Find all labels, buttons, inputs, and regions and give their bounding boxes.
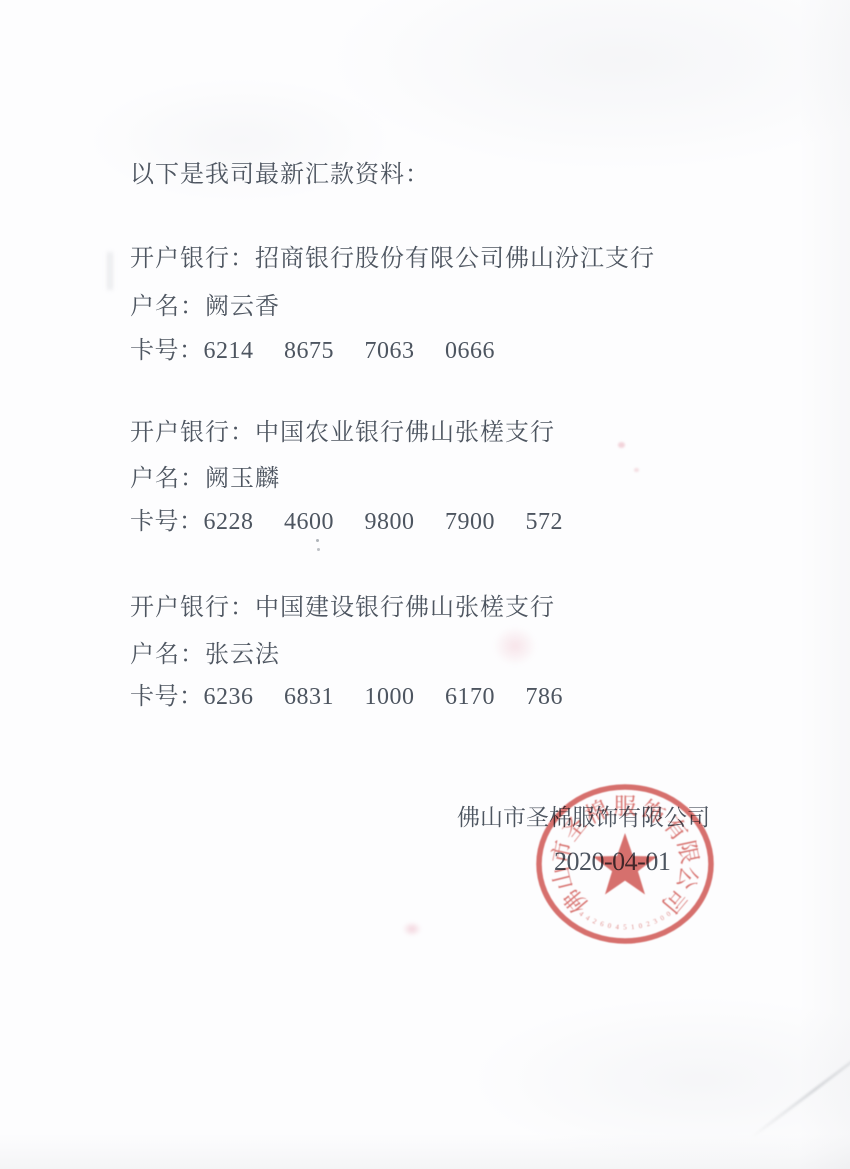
svg-text:2: 2 [591, 917, 598, 926]
company-seal-stamp: 佛山市圣棉服饰有限公司 4426045102300 [515, 754, 735, 974]
account-1-card-number-line: 卡号：6214 8675 7063 0666 [130, 330, 495, 365]
svg-text:0: 0 [607, 922, 613, 931]
seal-star-icon [593, 833, 658, 895]
scan-artifact-corner-crease [750, 1040, 850, 1139]
svg-text:0: 0 [638, 922, 644, 931]
account-2-card-number-line: 卡号：6228 4600 9800 7900 572 [130, 501, 563, 536]
account-3-holder-line: 户名：张云法 [130, 634, 280, 669]
scan-artifact-pink-speck [634, 468, 639, 472]
scan-artifact-pink-smudge [399, 919, 425, 939]
svg-text:4: 4 [615, 923, 620, 931]
svg-text:山: 山 [548, 864, 578, 892]
svg-text:2: 2 [645, 920, 651, 929]
account-1-bank-line: 开户银行：招商银行股份有限公司佛山汾江支行 [130, 238, 655, 273]
seal-serial-number: 4426045102300 [577, 910, 673, 932]
scan-artifact-gray-mark [316, 539, 319, 542]
svg-text:3: 3 [652, 917, 659, 926]
scan-artifact-edge-smudge [107, 252, 113, 290]
svg-text:0: 0 [659, 913, 667, 922]
svg-text:服: 服 [614, 794, 637, 819]
account-2-bank-line: 开户银行：中国农业银行佛山张槎支行 [130, 412, 555, 447]
account-1-holder-line: 户名：阙云香 [130, 286, 280, 321]
svg-text:5: 5 [623, 924, 627, 932]
scanned-document-page: 以下是我司最新汇款资料： 开户银行：招商银行股份有限公司佛山汾江支行 户名：阙云… [0, 0, 850, 1169]
svg-text:1: 1 [631, 923, 636, 931]
account-3-bank-line: 开户银行：中国建设银行佛山张槎支行 [130, 587, 555, 622]
intro-line: 以下是我司最新汇款资料： [130, 154, 430, 189]
account-3-card-number-line: 卡号：6236 6831 1000 6170 786 [130, 676, 563, 711]
svg-text:限: 限 [673, 838, 702, 866]
scan-artifact-pink-speck [618, 442, 625, 448]
scan-artifact-pink-smudge [486, 620, 544, 672]
svg-text:6: 6 [599, 920, 605, 929]
svg-text:4: 4 [584, 914, 592, 923]
account-2-holder-line: 户名：阙玉麟 [130, 458, 280, 493]
